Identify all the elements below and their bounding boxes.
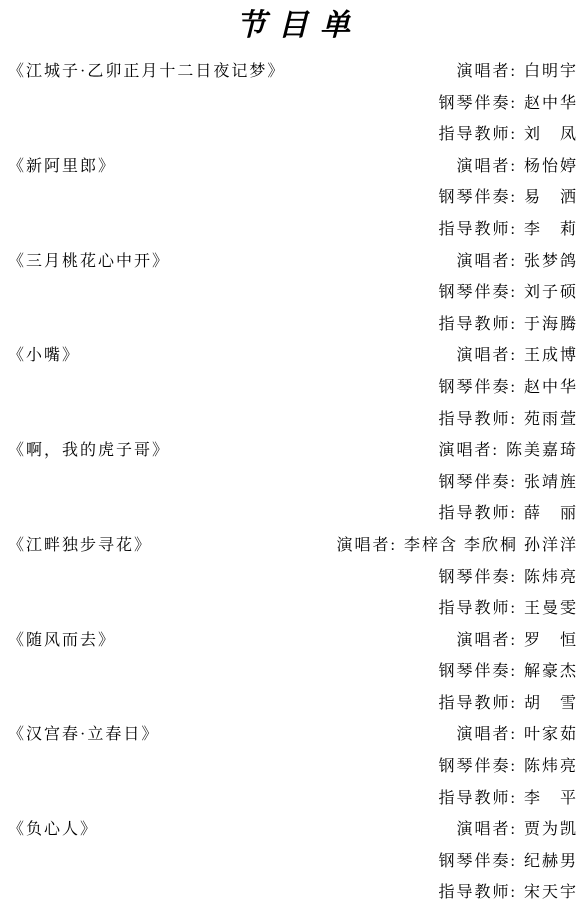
singer-line: 演唱者:贾为凯 <box>457 814 578 846</box>
song-title: 《负心人》 <box>8 814 98 846</box>
program-entry: 《小嘴》 演唱者:王成博 钢琴伴奏:赵中华 指导教师:苑雨萱 <box>8 340 578 435</box>
singer-label: 演唱者: <box>439 442 499 459</box>
piano-line: 钢琴伴奏:张靖旌 <box>8 467 578 499</box>
singer-name: 李梓含 李欣桐 孙洋洋 <box>404 537 578 554</box>
teacher-label: 指导教师: <box>439 695 517 712</box>
piano-line: 钢琴伴奏:纪赫男 <box>8 846 578 878</box>
singer-label: 演唱者: <box>457 63 517 80</box>
song-title: 《江城子·乙卯正月十二日夜记梦》 <box>8 56 285 88</box>
song-title: 《啊，我的虎子哥》 <box>8 435 170 467</box>
teacher-label: 指导教师: <box>439 600 517 617</box>
singer-line: 演唱者:白明宇 <box>457 56 578 88</box>
teacher-line: 指导教师:李 莉 <box>8 214 578 246</box>
singer-name: 王成博 <box>524 347 578 364</box>
program-entry: 《啊，我的虎子哥》 演唱者:陈美嘉琦 钢琴伴奏:张靖旌 指导教师:薛 丽 <box>8 435 578 530</box>
teacher-line: 指导教师:苑雨萱 <box>8 404 578 436</box>
document-page: 节目单 《江城子·乙卯正月十二日夜记梦》 演唱者:白明宇 钢琴伴奏:赵中华 指导… <box>0 0 586 920</box>
piano-line: 钢琴伴奏:赵中华 <box>8 88 578 120</box>
piano-name: 纪赫男 <box>524 853 578 870</box>
teacher-name: 刘 凤 <box>524 126 578 143</box>
song-title: 《江畔独步寻花》 <box>8 530 152 562</box>
singer-line: 演唱者:张梦鸽 <box>457 246 578 278</box>
singer-line: 演唱者:李梓含 李欣桐 孙洋洋 <box>337 530 578 562</box>
piano-line: 钢琴伴奏:易 洒 <box>8 182 578 214</box>
program-entry: 《三月桃花心中开》 演唱者:张梦鸽 钢琴伴奏:刘子硕 指导教师:于海腾 <box>8 246 578 341</box>
singer-label: 演唱者: <box>457 158 517 175</box>
teacher-line: 指导教师:胡 雪 <box>8 688 578 720</box>
teacher-line: 指导教师:王曼雯 <box>8 593 578 625</box>
singer-label: 演唱者: <box>457 253 517 270</box>
teacher-line: 指导教师:薛 丽 <box>8 498 578 530</box>
song-title: 《小嘴》 <box>8 340 80 372</box>
song-title: 《三月桃花心中开》 <box>8 246 170 278</box>
song-title: 《新阿里郎》 <box>8 151 116 183</box>
singer-name: 白明宇 <box>524 63 578 80</box>
program-entry: 《汉宫春·立春日》 演唱者:叶家茹 钢琴伴奏:陈炜亮 指导教师:李 平 <box>8 719 578 814</box>
piano-label: 钢琴伴奏: <box>439 189 517 206</box>
piano-name: 赵中华 <box>524 379 578 396</box>
piano-line: 钢琴伴奏:赵中华 <box>8 372 578 404</box>
teacher-name: 王曼雯 <box>524 600 578 617</box>
teacher-name: 胡 雪 <box>524 695 578 712</box>
program-entry: 《江畔独步寻花》 演唱者:李梓含 李欣桐 孙洋洋 钢琴伴奏:陈炜亮 指导教师:王… <box>8 530 578 625</box>
singer-line: 演唱者:王成博 <box>457 340 578 372</box>
teacher-name: 于海腾 <box>524 316 578 333</box>
singer-label: 演唱者: <box>457 632 517 649</box>
piano-name: 陈炜亮 <box>524 569 578 586</box>
teacher-line: 指导教师:刘 凤 <box>8 119 578 151</box>
singer-label: 演唱者: <box>457 347 517 364</box>
piano-label: 钢琴伴奏: <box>439 284 517 301</box>
teacher-name: 李 莉 <box>524 221 578 238</box>
program-entry: 《江城子·乙卯正月十二日夜记梦》 演唱者:白明宇 钢琴伴奏:赵中华 指导教师:刘… <box>8 56 578 151</box>
teacher-label: 指导教师: <box>439 316 517 333</box>
singer-line: 演唱者:陈美嘉琦 <box>439 435 578 467</box>
singer-name: 张梦鸽 <box>524 253 578 270</box>
singer-name: 陈美嘉琦 <box>506 442 578 459</box>
singer-label: 演唱者: <box>337 537 397 554</box>
piano-line: 钢琴伴奏:解豪杰 <box>8 656 578 688</box>
singer-name: 罗 恒 <box>524 632 578 649</box>
piano-label: 钢琴伴奏: <box>439 379 517 396</box>
teacher-label: 指导教师: <box>439 790 517 807</box>
program-entry: 《负心人》 演唱者:贾为凯 钢琴伴奏:纪赫男 指导教师:宋天宇 <box>8 814 578 909</box>
teacher-name: 宋天宇 <box>524 884 578 901</box>
program-entry: 《随风而去》 演唱者:罗 恒 钢琴伴奏:解豪杰 指导教师:胡 雪 <box>8 625 578 720</box>
teacher-name: 李 平 <box>524 790 578 807</box>
piano-name: 刘子硕 <box>524 284 578 301</box>
piano-label: 钢琴伴奏: <box>439 474 517 491</box>
piano-label: 钢琴伴奏: <box>439 853 517 870</box>
singer-name: 叶家茹 <box>524 726 578 743</box>
teacher-line: 指导教师:宋天宇 <box>8 877 578 909</box>
song-title: 《随风而去》 <box>8 625 116 657</box>
piano-name: 赵中华 <box>524 95 578 112</box>
piano-label: 钢琴伴奏: <box>439 569 517 586</box>
piano-name: 陈炜亮 <box>524 758 578 775</box>
teacher-label: 指导教师: <box>439 884 517 901</box>
program-list: 《江城子·乙卯正月十二日夜记梦》 演唱者:白明宇 钢琴伴奏:赵中华 指导教师:刘… <box>8 56 578 909</box>
piano-label: 钢琴伴奏: <box>439 95 517 112</box>
piano-line: 钢琴伴奏:刘子硕 <box>8 277 578 309</box>
teacher-label: 指导教师: <box>439 411 517 428</box>
singer-label: 演唱者: <box>457 726 517 743</box>
singer-label: 演唱者: <box>457 821 517 838</box>
piano-line: 钢琴伴奏:陈炜亮 <box>8 562 578 594</box>
singer-line: 演唱者:杨怡婷 <box>457 151 578 183</box>
teacher-name: 苑雨萱 <box>524 411 578 428</box>
teacher-line: 指导教师:于海腾 <box>8 309 578 341</box>
teacher-label: 指导教师: <box>439 505 517 522</box>
piano-label: 钢琴伴奏: <box>439 663 517 680</box>
program-entry: 《新阿里郎》 演唱者:杨怡婷 钢琴伴奏:易 洒 指导教师:李 莉 <box>8 151 578 246</box>
teacher-label: 指导教师: <box>439 126 517 143</box>
teacher-name: 薛 丽 <box>524 505 578 522</box>
piano-name: 张靖旌 <box>524 474 578 491</box>
singer-line: 演唱者:罗 恒 <box>457 625 578 657</box>
singer-name: 贾为凯 <box>524 821 578 838</box>
song-title: 《汉宫春·立春日》 <box>8 719 159 751</box>
teacher-label: 指导教师: <box>439 221 517 238</box>
singer-name: 杨怡婷 <box>524 158 578 175</box>
piano-name: 解豪杰 <box>524 663 578 680</box>
piano-line: 钢琴伴奏:陈炜亮 <box>8 751 578 783</box>
piano-name: 易 洒 <box>524 189 578 206</box>
page-title: 节目单 <box>8 4 578 48</box>
teacher-line: 指导教师:李 平 <box>8 783 578 815</box>
piano-label: 钢琴伴奏: <box>439 758 517 775</box>
singer-line: 演唱者:叶家茹 <box>457 719 578 751</box>
